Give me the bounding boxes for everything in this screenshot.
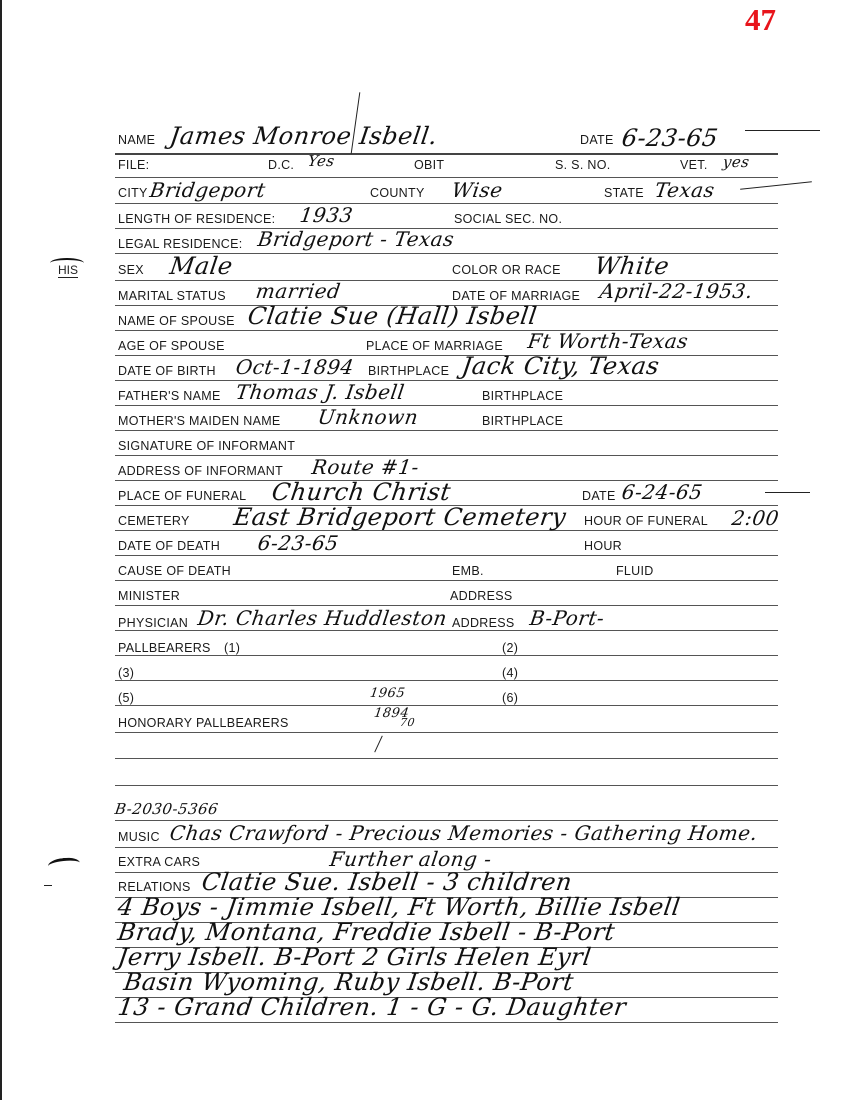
name-label: NAME (118, 133, 155, 147)
place-of-funeral-value: Church Christ (270, 478, 453, 506)
pallbearer-slot-4: (4) (502, 666, 518, 680)
pallbearers-label: PALLBEARERS (118, 641, 211, 655)
date-of-death-label: DATE OF DEATH (118, 539, 220, 553)
dc-value: Yes (307, 152, 336, 170)
relations-line-4: Jerry Isbell. B-Port 2 Girls Helen Eyrl (116, 943, 593, 971)
date-label: DATE (580, 133, 614, 147)
margin-calc-1965: 1965 (369, 686, 406, 701)
address-informant-label: ADDRESS OF INFORMANT (118, 464, 283, 478)
father-birthplace-label: BIRTHPLACE (482, 389, 563, 403)
marital-status-value: married (254, 279, 342, 303)
pen-stroke (745, 130, 820, 131)
rule (115, 1022, 778, 1023)
legal-residence-value: Bridgeport - Texas (256, 227, 455, 251)
relations-line-1: Clatie Sue. Isbell - 3 children (200, 868, 574, 896)
minister-label: MINISTER (118, 589, 180, 603)
his-tab-label: HIS (58, 264, 78, 278)
pen-stroke (374, 736, 383, 753)
pallbearer-slot-3: (3) (118, 666, 134, 680)
age-of-spouse-label: AGE OF SPOUSE (118, 339, 225, 353)
fathers-name-label: FATHER'S NAME (118, 389, 221, 403)
state-label: STATE (604, 186, 644, 200)
name-value: James Monroe Isbell. (168, 122, 439, 150)
legal-residence-label: LEGAL RESIDENCE: (118, 237, 243, 251)
place-of-marriage-label: PLACE OF MARRIAGE (366, 339, 503, 353)
funeral-date-label: DATE (582, 489, 616, 503)
physician-address-label: ADDRESS (452, 616, 515, 630)
color-race-value: White (593, 252, 671, 280)
pallbearer-slot-6: (6) (502, 691, 518, 705)
marital-status-label: MARITAL STATUS (118, 289, 226, 303)
date-of-marriage-label: DATE OF MARRIAGE (452, 289, 580, 303)
rule (115, 580, 778, 581)
rule (115, 732, 778, 733)
music-label: MUSIC (118, 830, 160, 844)
rule (115, 203, 778, 204)
rule (115, 380, 778, 381)
date-of-marriage-value: April-22-1953. (598, 279, 754, 303)
extra-cars-label: EXTRA CARS (118, 855, 200, 869)
rule (115, 405, 778, 406)
color-race-label: COLOR OR RACE (452, 263, 561, 277)
mothers-maiden-name-value: Unknown (316, 405, 420, 429)
birthplace-value: Jack City, Texas (460, 352, 661, 380)
county-value: Wise (450, 178, 504, 202)
relations-label: RELATIONS (118, 880, 191, 894)
city-label: CITY (118, 186, 148, 200)
cemetery-value: East Bridgeport Cemetery (232, 503, 568, 531)
rule (115, 153, 778, 155)
mother-birthplace-label: BIRTHPLACE (482, 414, 563, 428)
rule (115, 430, 778, 431)
relations-line-6: 13 - Grand Children. 1 - G - G. Daughter (116, 993, 628, 1021)
file-label: FILE: (118, 158, 149, 172)
margin-calc-70: 70 (399, 716, 416, 729)
fathers-name-value: Thomas J. Isbell (234, 380, 406, 404)
length-of-residence-label: LENGTH OF RESIDENCE: (118, 212, 275, 226)
city-value: Bridgeport (148, 178, 267, 202)
pallbearer-slot-1: (1) (224, 641, 240, 655)
rule (115, 555, 778, 556)
pallbearer-slot-2: (2) (502, 641, 518, 655)
relations-line-5: Basin Wyoming, Ruby Isbell. B-Port (122, 968, 576, 996)
minister-address-label: ADDRESS (450, 589, 513, 603)
rule (115, 630, 778, 631)
hour-of-funeral-value: 2:00 (730, 506, 780, 530)
physician-value: Dr. Charles Huddleston (196, 606, 448, 630)
rule (115, 785, 778, 786)
rule (115, 355, 778, 356)
cause-of-death-label: CAUSE OF DEATH (118, 564, 231, 578)
fluid-label: FLUID (616, 564, 654, 578)
rule (115, 758, 778, 759)
place-of-funeral-label: PLACE OF FUNERAL (118, 489, 246, 503)
hour-label: HOUR (584, 539, 622, 553)
county-label: COUNTY (370, 186, 425, 200)
spouse-name-value: Clatie Sue (Hall) Isbell (246, 302, 539, 330)
dc-label: D.C. (268, 158, 294, 172)
signature-informant-label: SIGNATURE OF INFORMANT (118, 439, 295, 453)
date-value: 6-23-65 (620, 124, 720, 152)
place-of-marriage-value: Ft Worth-Texas (526, 329, 689, 353)
funeral-date-value: 6-24-65 (620, 480, 704, 504)
page-number: 47 (745, 2, 776, 38)
relations-line-3: Brady, Montana, Freddie Isbell - B-Port (116, 918, 617, 946)
date-of-death-value: 6-23-65 (256, 531, 340, 555)
state-value: Texas (653, 178, 716, 202)
obit-label: OBIT (414, 158, 444, 172)
sex-value: Male (168, 252, 235, 280)
rule (115, 705, 778, 706)
margin-mark-icon (47, 856, 80, 872)
ss-no-label: S. S. NO. (555, 158, 611, 172)
phone-note: B-2030-5366 (114, 800, 220, 818)
margin-dash-icon (44, 885, 52, 886)
rule (115, 680, 778, 681)
social-sec-label: SOCIAL SEC. NO. (454, 212, 562, 226)
vet-label: VET. (680, 158, 708, 172)
pen-stroke (765, 492, 810, 493)
birthplace-label: BIRTHPLACE (368, 364, 449, 378)
rule (115, 655, 778, 656)
length-of-residence-value: 1933 (298, 203, 354, 227)
spouse-name-label: NAME OF SPOUSE (118, 314, 235, 328)
physician-address-value: B-Port- (528, 606, 606, 630)
cemetery-label: CEMETERY (118, 514, 190, 528)
pallbearer-slot-5: (5) (118, 691, 134, 705)
address-informant-value: Route #1- (310, 455, 420, 479)
page-edge (0, 0, 2, 1100)
relations-line-2: 4 Boys - Jimmie Isbell, Ft Worth, Billie… (116, 893, 682, 921)
date-of-birth-label: DATE OF BIRTH (118, 364, 216, 378)
pen-stroke (740, 181, 812, 190)
emb-label: EMB. (452, 564, 484, 578)
hour-of-funeral-label: HOUR OF FUNERAL (584, 514, 708, 528)
honorary-pallbearers-label: HONORARY PALLBEARERS (118, 716, 289, 730)
music-value: Chas Crawford - Precious Memories - Gath… (168, 821, 759, 845)
vet-value: yes (722, 153, 751, 171)
date-of-birth-value: Oct-1-1894 (234, 355, 355, 379)
physician-label: PHYSICIAN (118, 616, 188, 630)
rule (115, 455, 778, 456)
sex-label: SEX (118, 263, 144, 277)
mothers-maiden-name-label: MOTHER'S MAIDEN NAME (118, 414, 281, 428)
